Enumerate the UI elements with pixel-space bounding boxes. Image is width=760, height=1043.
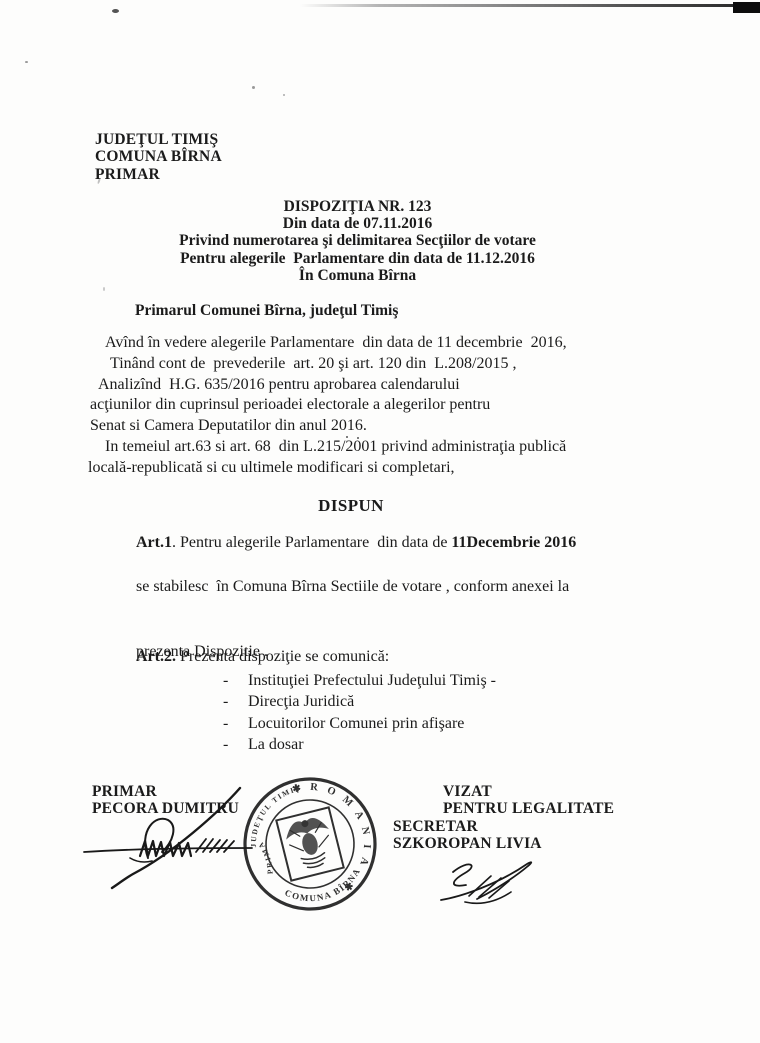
list-item: -Instituţiei Prefectului Judeţului Timiş…	[223, 670, 496, 691]
article-1-label: Art.1	[136, 534, 172, 551]
preamble-line: In temeiul art.63 si art. 68 din L.215/2…	[85, 437, 675, 458]
handwritten-signature-secretar	[425, 856, 560, 911]
legalitate-label: PENTRU LEGALITATE	[393, 800, 614, 817]
list-item: -La dosar	[223, 734, 496, 755]
issuer-role: PRIMAR	[95, 166, 222, 183]
signature-block-secretar: VIZAT PENTRU LEGALITATE SECRETAR SZKOROP…	[393, 783, 614, 853]
stamp-coat-of-arms	[276, 807, 343, 880]
list-item: -Direcţia Juridică	[223, 691, 496, 712]
scan-speck	[252, 86, 255, 89]
article-1-text: . Pentru alegerile Parlamentare din data…	[172, 534, 451, 551]
list-item-text: Instituţiei Prefectului Judeţului Timiş …	[248, 670, 496, 691]
official-round-stamp: JUDEŢUL TIMIŞ ✱ R O M A N I A ✱ PRIMAR C…	[236, 770, 384, 918]
issuer-commune: COMUNA BÎRNA	[95, 148, 222, 165]
list-item-text: Locuitorilor Comunei prin afişare	[248, 713, 464, 734]
preamble-line: acţiunilor din cuprinsul perioadei elect…	[85, 395, 675, 416]
article-1-line2: se stabilesc în Comuna Bîrna Sectiile de…	[136, 576, 641, 598]
title-date: Din data de 07.11.2016	[85, 215, 630, 232]
issuer-county: JUDEŢUL TIMIŞ	[95, 131, 222, 148]
title-subject-1: Privind numerotarea şi delimitarea Secţi…	[85, 232, 630, 249]
article-1-date: 11Decembrie 2016	[451, 534, 576, 551]
secretar-role: SECRETAR	[393, 818, 614, 835]
scan-artifact-top-line	[300, 4, 733, 7]
article-2-list: -Instituţiei Prefectului Judeţului Timiş…	[223, 670, 496, 756]
document-title-block: DISPOZIŢIA NR. 123 Din data de 07.11.201…	[85, 198, 630, 284]
article-2-label: Art.2.	[136, 648, 176, 665]
list-dash: -	[223, 734, 248, 755]
scan-speck	[283, 94, 285, 96]
scan-speck	[103, 287, 105, 291]
list-item-text: Direcţia Juridică	[248, 691, 354, 712]
article-2: Art.2. Prezenta dispoziţie se comunică:	[136, 648, 389, 666]
list-dash: -	[223, 691, 248, 712]
issuer-block: JUDEŢUL TIMIŞ COMUNA BÎRNA PRIMAR	[95, 131, 222, 183]
list-item-text: La dosar	[248, 734, 304, 755]
scan-speck	[112, 9, 119, 13]
preamble-line: Analizînd H.G. 635/2016 pentru aprobarea…	[85, 375, 675, 396]
title-subject-2: Pentru alegerile Parlamentare din data d…	[85, 250, 630, 267]
scanned-document-page: JUDEŢUL TIMIŞ COMUNA BÎRNA PRIMAR DISPOZ…	[0, 0, 760, 1043]
scan-speck	[25, 61, 28, 63]
secretar-name: SZKOROPAN LIVIA	[393, 835, 614, 852]
list-dash: -	[223, 713, 248, 734]
scan-artifact-corner-mark	[733, 2, 760, 13]
preamble-line: Avînd în vedere alegerile Parlamentare d…	[85, 333, 675, 354]
intro-line: Primarul Comunei Bîrna, judeţul Timiş	[135, 302, 398, 320]
title-number: DISPOZIŢIA NR. 123	[85, 198, 630, 215]
preamble-line: Senat si Camera Deputatilor din anul 201…	[85, 416, 675, 437]
preamble-line: locală-republicată si cu ultimele modifi…	[85, 458, 675, 479]
list-item: -Locuitorilor Comunei prin afişare	[223, 713, 496, 734]
list-dash: -	[223, 670, 248, 691]
vizat-label: VIZAT	[393, 783, 614, 800]
dispun-heading: DISPUN	[85, 496, 617, 516]
preamble-block: Avînd în vedere alegerile Parlamentare d…	[85, 333, 675, 479]
preamble-line: Tinând cont de prevederile art. 20 şi ar…	[85, 354, 675, 375]
article-2-text: Prezenta dispoziţie se comunică:	[176, 648, 389, 665]
title-place: În Comuna Bîrna	[85, 267, 630, 284]
